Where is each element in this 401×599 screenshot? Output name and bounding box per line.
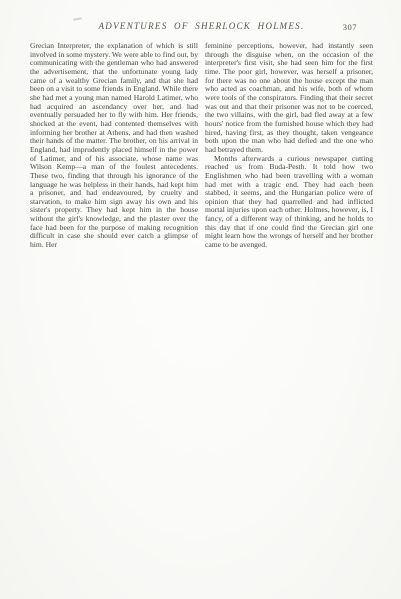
text-columns: Grecian Interpreter, the explanation of …: [30, 42, 373, 250]
page-number: 307: [343, 22, 357, 32]
page-header: ADVENTURES OF SHERLOCK HOLMES. 307: [30, 21, 373, 33]
paragraph-continuation: feminine perceptions, however, had insta…: [205, 42, 373, 155]
running-title: ADVENTURES OF SHERLOCK HOLMES.: [30, 21, 373, 31]
book-page: ADVENTURES OF SHERLOCK HOLMES. 307 Greci…: [0, 0, 401, 599]
left-column: Grecian Interpreter, the explanation of …: [30, 42, 198, 250]
paragraph-continuation: Grecian Interpreter, the explanation of …: [30, 42, 198, 250]
right-column: feminine perceptions, however, had insta…: [205, 42, 373, 250]
paragraph: Months afterwards a curious newspaper cu…: [205, 155, 373, 250]
